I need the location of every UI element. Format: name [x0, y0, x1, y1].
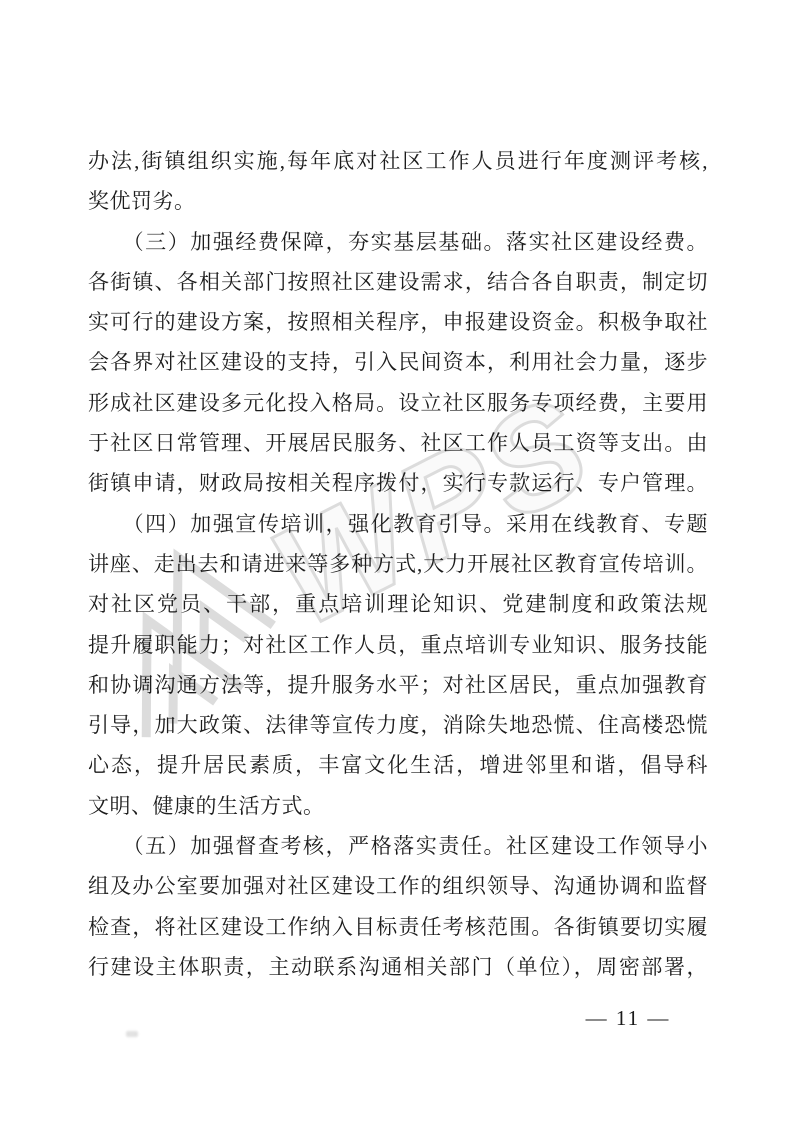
- body-line: 提升履职能力；对社区工作人员，重点培训专业知识、服务技能: [88, 625, 708, 665]
- body-line: 于社区日常管理、开展居民服务、社区工作人员工资等支出。由: [88, 423, 708, 463]
- scan-artifact-dot: [126, 1031, 138, 1037]
- body-text-block: 办法,街镇组织实施,每年底对社区工作人员进行年度测评考核, 奖优罚劣。 （三）加…: [88, 141, 708, 987]
- body-line: 文明、健康的生活方式。: [88, 786, 708, 826]
- body-line: 组及办公室要加强对社区建设工作的组织领导、沟通协调和监督: [88, 866, 708, 906]
- body-line: （五）加强督查考核，严格落实责任。社区建设工作领导小: [88, 826, 708, 866]
- body-line: 实可行的建设方案，按照相关程序，申报建设资金。积极争取社: [88, 302, 708, 342]
- body-line: 会各界对社区建设的支持，引入民间资本，利用社会力量，逐步: [88, 342, 708, 382]
- body-line: 和协调沟通方法等，提升服务水平；对社区居民，重点加强教育: [88, 665, 708, 705]
- body-line: （四）加强宣传培训，强化教育引导。采用在线教育、专题: [88, 504, 708, 544]
- body-line: 检查，将社区建设工作纳入目标责任考核范围。各街镇要切实履: [88, 907, 708, 947]
- body-line: 形成社区建设多元化投入格局。设立社区服务专项经费，主要用: [88, 383, 708, 423]
- body-line: 引导，加大政策、法律等宣传力度，消除失地恐慌、住高楼恐慌: [88, 705, 708, 745]
- body-line: 行建设主体职责，主动联系沟通相关部门（单位），周密部署，: [88, 947, 708, 987]
- body-line: 对社区党员、干部，重点培训理论知识、党建制度和政策法规等，: [88, 584, 708, 624]
- body-line: （三）加强经费保障，夯实基层基础。落实社区建设经费。: [88, 222, 708, 262]
- document-page: WPS 办法,街镇组织实施,每年底对社区工作人员进行年度测评考核, 奖优罚劣。 …: [0, 0, 793, 1123]
- page-number: — 11 —: [558, 1006, 698, 1031]
- body-line: 办法,街镇组织实施,每年底对社区工作人员进行年度测评考核,: [88, 141, 708, 181]
- body-line: 心态，提升居民素质，丰富文化生活，增进邻里和谐，倡导科学、: [88, 745, 708, 785]
- body-line: 街镇申请，财政局按相关程序拨付，实行专款运行、专户管理。: [88, 463, 708, 503]
- body-line: 各街镇、各相关部门按照社区建设需求，结合各自职责，制定切: [88, 262, 708, 302]
- body-line: 讲座、走出去和请进来等多种方式,大力开展社区教育宣传培训。: [88, 544, 708, 584]
- body-line: 奖优罚劣。: [88, 181, 708, 221]
